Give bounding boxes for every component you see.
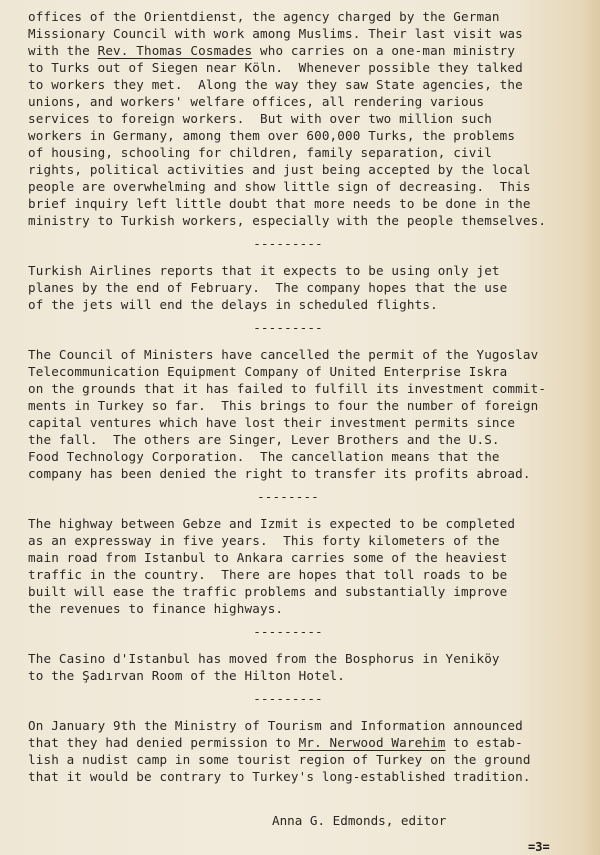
text-line: capital ventures which have lost their i… [28,414,588,431]
page-number: =3= [528,840,550,854]
separator: -------- [28,488,548,505]
text-line: people are overwhelming and show little … [28,178,588,195]
text-line: to Turks out of Siegen near Köln. Whenev… [28,59,588,76]
scanned-page: offices of the Orientdienst, the agency … [0,0,600,855]
text-line: Missionary Council with work among Musli… [28,25,588,42]
text-line: built will ease the traffic problems and… [28,583,588,600]
text-line: traffic in the country. There are hopes … [28,566,588,583]
text-line: planes by the end of February. The compa… [28,279,588,296]
text-line: of the jets will end the delays in sched… [28,296,588,313]
text-line: the fall. The others are Singer, Lever B… [28,431,588,448]
text-line: The highway between Gebze and Izmit is e… [28,515,588,532]
paragraph-turkish-airlines: Turkish Airlines reports that it expects… [28,262,588,313]
text-line: unions, and workers' welfare offices, al… [28,93,588,110]
text-line: that they had denied permission to Mr. N… [28,734,588,751]
paragraph-council-of-ministers: The Council of Ministers have cancelled … [28,346,588,482]
separator: --------- [28,319,548,336]
text-line: ministry to Turkish workers, especially … [28,212,588,229]
underlined-name: Rev. Thomas Cosmades [98,43,253,58]
text-line: lish a nudist camp in some tourist regio… [28,751,588,768]
text-line: ments in Turkey so far. This brings to f… [28,397,588,414]
paragraph-ministry-tourism: On January 9th the Ministry of Tourism a… [28,717,588,785]
separator: --------- [28,623,548,640]
text-line: company has been denied the right to tra… [28,465,588,482]
text-line: as an expressway in five years. This for… [28,532,588,549]
separator: --------- [28,690,548,707]
text-line: offices of the Orientdienst, the agency … [28,8,588,25]
text-line: main road from Istanbul to Ankara carrie… [28,549,588,566]
document-body: offices of the Orientdienst, the agency … [28,8,588,785]
paragraph-casino: The Casino d'Istanbul has moved from the… [28,650,588,684]
text-line: Food Technology Corporation. The cancell… [28,448,588,465]
text-line: brief inquiry left little doubt that mor… [28,195,588,212]
text-line: to the Şadırvan Room of the Hilton Hotel… [28,667,588,684]
text-line: Turkish Airlines reports that it expects… [28,262,588,279]
text-line: The Council of Ministers have cancelled … [28,346,588,363]
text-line: the revenues to finance highways. [28,600,588,617]
text-line: services to foreign workers. But with ov… [28,110,588,127]
underlined-name: Mr. Nerwood Warehim [299,735,446,750]
text-line: to workers they met. Along the way they … [28,76,588,93]
paragraph-highway: The highway between Gebze and Izmit is e… [28,515,588,617]
editor-signature: Anna G. Edmonds, editor [272,813,446,828]
paragraph-orientdienst: offices of the Orientdienst, the agency … [28,8,588,229]
text-line: On January 9th the Ministry of Tourism a… [28,717,588,734]
text-line: that it would be contrary to Turkey's lo… [28,768,588,785]
text-line: on the grounds that it has failed to ful… [28,380,588,397]
text-line: workers in Germany, among them over 600,… [28,127,588,144]
text-line: of housing, schooling for children, fami… [28,144,588,161]
text-line: The Casino d'Istanbul has moved from the… [28,650,588,667]
text-line: with the Rev. Thomas Cosmades who carrie… [28,42,588,59]
text-line: Telecommunication Equipment Company of U… [28,363,588,380]
separator: --------- [28,235,548,252]
text-line: rights, political activities and just be… [28,161,588,178]
